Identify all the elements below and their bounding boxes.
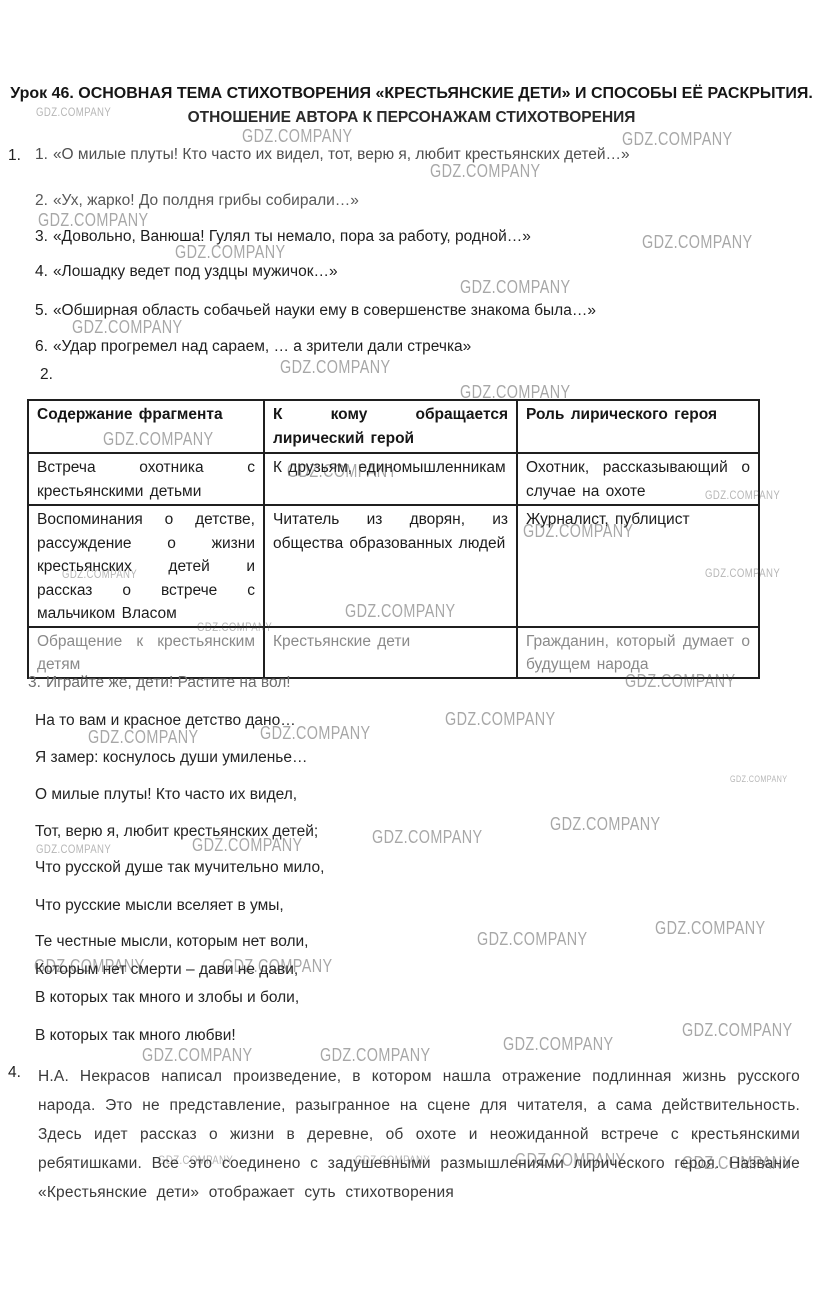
quote-number: 1. <box>35 146 48 163</box>
watermark-text: GDZ.COMPANY <box>477 929 588 950</box>
watermark-text: GDZ.COMPANY <box>642 232 753 253</box>
quote-text: «Обширная область собачьей науки ему в с… <box>53 302 596 319</box>
quote-text: «Ух, жарко! До полдня грибы собирали…» <box>53 192 359 209</box>
quote-number: 4. <box>35 263 48 280</box>
poem-line: Тот, верю я, любит крестьянских детей; <box>35 823 318 841</box>
table-cell: Встреча охотника с крестьянскими детьми <box>28 453 264 505</box>
quote-item: 5.«Обширная область собачьей науки ему в… <box>35 302 596 320</box>
watermark-text: GDZ.COMPANY <box>280 357 391 378</box>
watermark-text: GDZ.COMPANY <box>445 709 556 730</box>
document-page: Урок 46. ОСНОВНАЯ ТЕМА СТИХОТВОРЕНИЯ «КР… <box>0 0 823 1298</box>
poem-line: На то вам и красное детство дано… <box>35 712 296 730</box>
table-cell: Крестьянские дети <box>264 627 517 678</box>
watermark-text: GDZ.COMPANY <box>460 277 571 298</box>
table-cell: Охотник, рассказывающий о случае на охот… <box>517 453 759 505</box>
quote-number: 3. <box>35 228 48 245</box>
title-line-1: Урок 46. ОСНОВНАЯ ТЕМА СТИХОТВОРЕНИЯ «КР… <box>0 82 823 106</box>
poem-line: В которых так много и злобы и боли, <box>35 989 299 1007</box>
table-header-row: Содержание фрагмента К кому обращается л… <box>28 400 759 453</box>
quote-text: «Лошадку ведет под уздцы мужичок…» <box>53 263 338 280</box>
watermark-text: GDZ.COMPANY <box>682 1020 793 1041</box>
quote-item: 4.«Лошадку ведет под уздцы мужичок…» <box>35 263 338 281</box>
task2-number: 2. <box>40 366 53 384</box>
watermark-text: GDZ.COMPANY <box>36 842 111 856</box>
quote-number: 5. <box>35 302 48 319</box>
table-header-cell: Роль лирического героя <box>517 400 759 453</box>
poem-text: Играйте же, дети! Растите на вол! <box>46 674 291 691</box>
poem-line: Что русские мысли вселяет в умы, <box>35 897 284 915</box>
watermark-text: GDZ.COMPANY <box>655 918 766 939</box>
quote-item: 6.«Удар прогремел над сараем, … а зрител… <box>35 338 471 356</box>
watermark-text: GDZ.COMPANY <box>372 827 483 848</box>
poem-line: Что русской душе так мучительно мило, <box>35 859 324 877</box>
table-cell: Журналист, публицист <box>517 505 759 627</box>
watermark-text: GDZ.COMPANY <box>730 774 787 784</box>
quote-item: 2.«Ух, жарко! До полдня грибы собирали…» <box>35 192 359 210</box>
poem-line: Я замер: коснулось души умиленье… <box>35 749 308 767</box>
watermark-text: GDZ.COMPANY <box>430 161 541 182</box>
poem-line: Те честные мысли, которым нет воли, <box>35 933 308 951</box>
poem-line: В которых так много любви! <box>35 1027 236 1045</box>
task4-number: 4. <box>8 1064 21 1082</box>
quote-item: 1.«О милые плуты! Кто часто их видел, то… <box>35 146 630 164</box>
table-cell: Гражданин, который думает о будущем наро… <box>517 627 759 678</box>
analysis-table: Содержание фрагмента К кому обращается л… <box>27 399 760 679</box>
watermark-text: GDZ.COMPANY <box>503 1034 614 1055</box>
table-cell: Воспоминания о детстве, рассуждение о жи… <box>28 505 264 627</box>
title-line-2: ОТНОШЕНИЕ АВТОРА К ПЕРСОНАЖАМ СТИХОТВОРЕ… <box>0 106 823 130</box>
quote-text: «Довольно, Ванюша! Гулял ты немало, пора… <box>53 228 531 245</box>
watermark-text: GDZ.COMPANY <box>550 814 661 835</box>
table-row: Воспоминания о детстве, рассуждение о жи… <box>28 505 759 627</box>
table-cell: Читатель из дворян, из общества образова… <box>264 505 517 627</box>
watermark-text: GDZ.COMPANY <box>88 727 199 748</box>
quote-text: «О милые плуты! Кто часто их видел, тот,… <box>53 146 630 163</box>
table-cell: Обращение к крестьянским детям <box>28 627 264 678</box>
task1-number: 1. <box>8 147 21 165</box>
table-row: Обращение к крестьянским детям Крестьянс… <box>28 627 759 678</box>
quote-text: «Удар прогремел над сараем, … а зрители … <box>53 338 471 355</box>
table-header-cell: К кому обращается лирический герой <box>264 400 517 453</box>
table-cell: К друзьям, единомышленникам <box>264 453 517 505</box>
watermark-text: GDZ.COMPANY <box>72 317 183 338</box>
task3-number: 3. <box>28 674 41 691</box>
poem-line: 3.Играйте же, дети! Растите на вол! <box>28 674 291 692</box>
watermark-text: GDZ.COMPANY <box>622 129 733 150</box>
page-title: Урок 46. ОСНОВНАЯ ТЕМА СТИХОТВОРЕНИЯ «КР… <box>0 82 823 130</box>
conclusion-paragraph: Н.А. Некрасов написал произведение, в ко… <box>38 1062 800 1207</box>
quote-item: 3.«Довольно, Ванюша! Гулял ты немало, по… <box>35 228 531 246</box>
quote-number: 6. <box>35 338 48 355</box>
table-header-cell: Содержание фрагмента <box>28 400 264 453</box>
table-row: Встреча охотника с крестьянскими детьми … <box>28 453 759 505</box>
poem-line: О милые плуты! Кто часто их видел, <box>35 786 297 804</box>
poem-line: Которым нет смерти – дави не дави, <box>35 961 298 979</box>
quote-number: 2. <box>35 192 48 209</box>
